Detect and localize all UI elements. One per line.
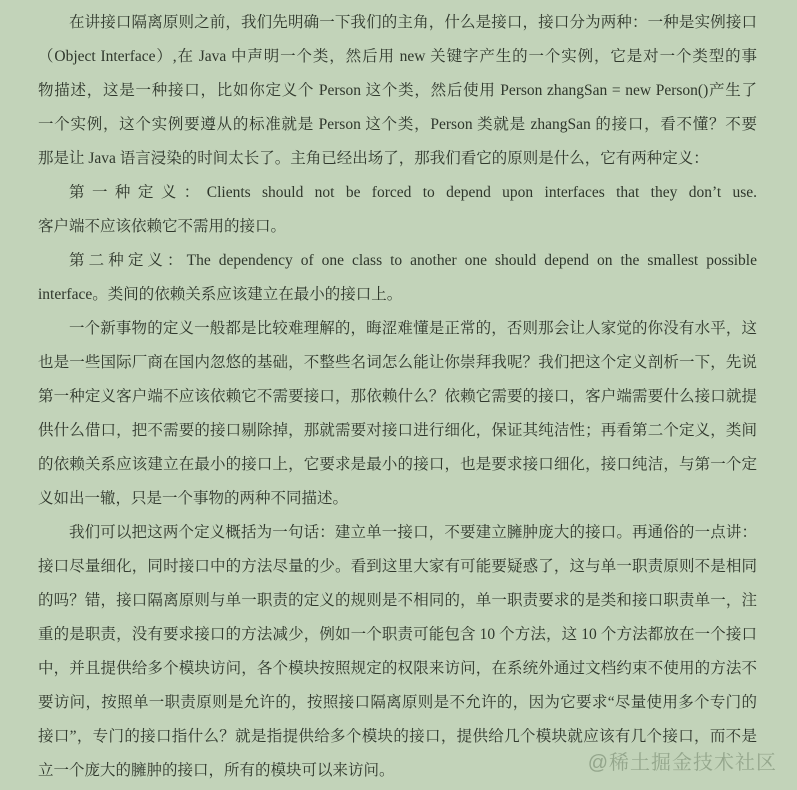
text-line: 重的是职责，没有要求接口的方法减少，例如一个职责可能包含 10 个方法，这 10…	[38, 618, 757, 652]
paragraph-definition-2: 第二种定义：The dependency of one class to ano…	[38, 244, 757, 312]
text-line: 供什么借口，把不需要的接口剔除掉，那就需要对接口进行细化，保证其纯洁性；再看第二…	[38, 414, 757, 448]
paragraph-intro: 在讲接口隔离原则之前，我们先明确一下我们的主角，什么是接口，接口分为两种：一种是…	[38, 6, 757, 176]
text-line: 要访问，按照单一职责原则是允许的，按照接口隔离原则是不允许的，因为它要求“尽量使…	[38, 686, 757, 720]
text-line: 义如出一辙，只是一个事物的两种不同描述。	[38, 482, 757, 516]
text-line: 第一种定义客户端不应该依赖它不需要接口，那依赖什么？依赖它需要的接口，客户端需要…	[38, 380, 757, 414]
text-line: 的依赖关系应该建立在最小的接口上，它要求是最小的接口，也是要求接口细化，接口纯洁…	[38, 448, 757, 482]
text-line: interface。类间的依赖关系应该建立在最小的接口上。	[38, 278, 757, 312]
document-background: { "document": { "language": "zh-CN", "to…	[0, 0, 797, 790]
text-line: 在讲接口隔离原则之前，我们先明确一下我们的主角，什么是接口，接口分为两种：一种是…	[38, 6, 757, 40]
text-line: 也是一些国际厂商在国内忽悠的基础，不整些名词怎么能让你崇拜我呢？我们把这个定义剖…	[38, 346, 757, 380]
text-line: 的吗？错，接口隔离原则与单一职责的定义的规则是不相同的，单一职责要求的是类和接口…	[38, 584, 757, 618]
text-line: 一个实例，这个实例要遵从的标准就是 Person 这个类，Person 类就是 …	[38, 108, 757, 142]
text-line: 中，并且提供给多个模块访问，各个模块按照规定的权限来访问，在系统外通过文档约束不…	[38, 652, 757, 686]
text-line: 那是让 Java 语言浸染的时间太长了。主角已经出场了，那我们看它的原则是什么，…	[38, 142, 757, 176]
text-line: 第一种定义：Clients should not be forced to de…	[38, 176, 757, 210]
watermark-juejin: @稀土掘金技术社区	[588, 746, 777, 775]
text-line: 第二种定义：The dependency of one class to ano…	[38, 244, 757, 278]
text-line: 我们可以把这两个定义概括为一句话：建立单一接口，不要建立臃肿庞大的接口。再通俗的…	[38, 516, 757, 550]
text-line: 客户端不应该依赖它不需用的接口。	[38, 210, 757, 244]
text-line: 物描述，这是一种接口，比如你定义个 Person 这个类，然后使用 Person…	[38, 74, 757, 108]
paragraph-definition-1: 第一种定义：Clients should not be forced to de…	[38, 176, 757, 244]
document-page: 在讲接口隔离原则之前，我们先明确一下我们的主角，什么是接口，接口分为两种：一种是…	[0, 0, 797, 790]
text-line: （Object Interface）,在 Java 中声明一个类，然后用 new…	[38, 40, 757, 74]
text-line: 接口尽量细化，同时接口中的方法尽量的少。看到这里大家有可能要疑惑了，这与单一职责…	[38, 550, 757, 584]
paragraph-analysis: 一个新事物的定义一般都是比较难理解的，晦涩难懂是正常的，否则那会让人家觉的你没有…	[38, 312, 757, 516]
text-line: 一个新事物的定义一般都是比较难理解的，晦涩难懂是正常的，否则那会让人家觉的你没有…	[38, 312, 757, 346]
